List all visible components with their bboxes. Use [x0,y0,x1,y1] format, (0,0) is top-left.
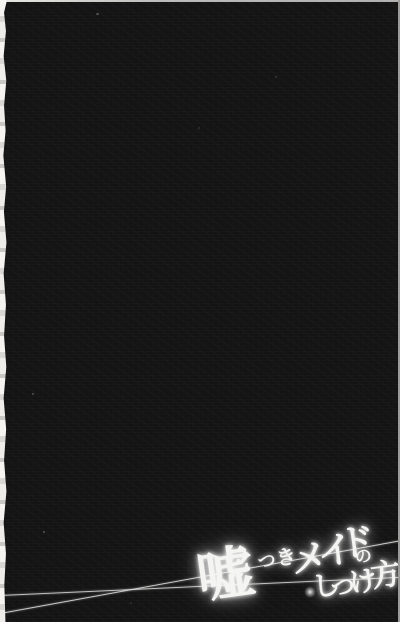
dust-speck [275,76,277,78]
title-char-shi: し [310,570,342,602]
paper-edge-left [0,0,7,622]
manga-page: 嘘 つ き メ イ ド の し つ け 方 [0,0,400,622]
paper-edge-top [0,0,400,2]
scan-noise-overlay [0,0,400,622]
glow-dot-artifact [304,586,316,598]
dust-speck [96,13,99,15]
title-char-tsu-2: つ [329,573,356,600]
scratch-line-shallow [0,576,400,596]
title-char-do: ド [336,522,378,564]
title-char-kata: 方 [369,559,400,593]
title-char-no: の [354,548,373,567]
title-char-i: イ [315,530,357,572]
scratch-line-steep [0,539,400,614]
title-char-ki: き [275,546,298,569]
title-char-tsu-1: つ [257,552,277,572]
title-char-ke: け [347,566,379,598]
dust-speck [198,127,200,129]
dust-speck [130,602,132,604]
title-logo: 嘘 つ き メ イ ド の し つ け 方 [0,0,400,622]
dust-speck [32,393,34,395]
dust-speck [43,531,45,533]
